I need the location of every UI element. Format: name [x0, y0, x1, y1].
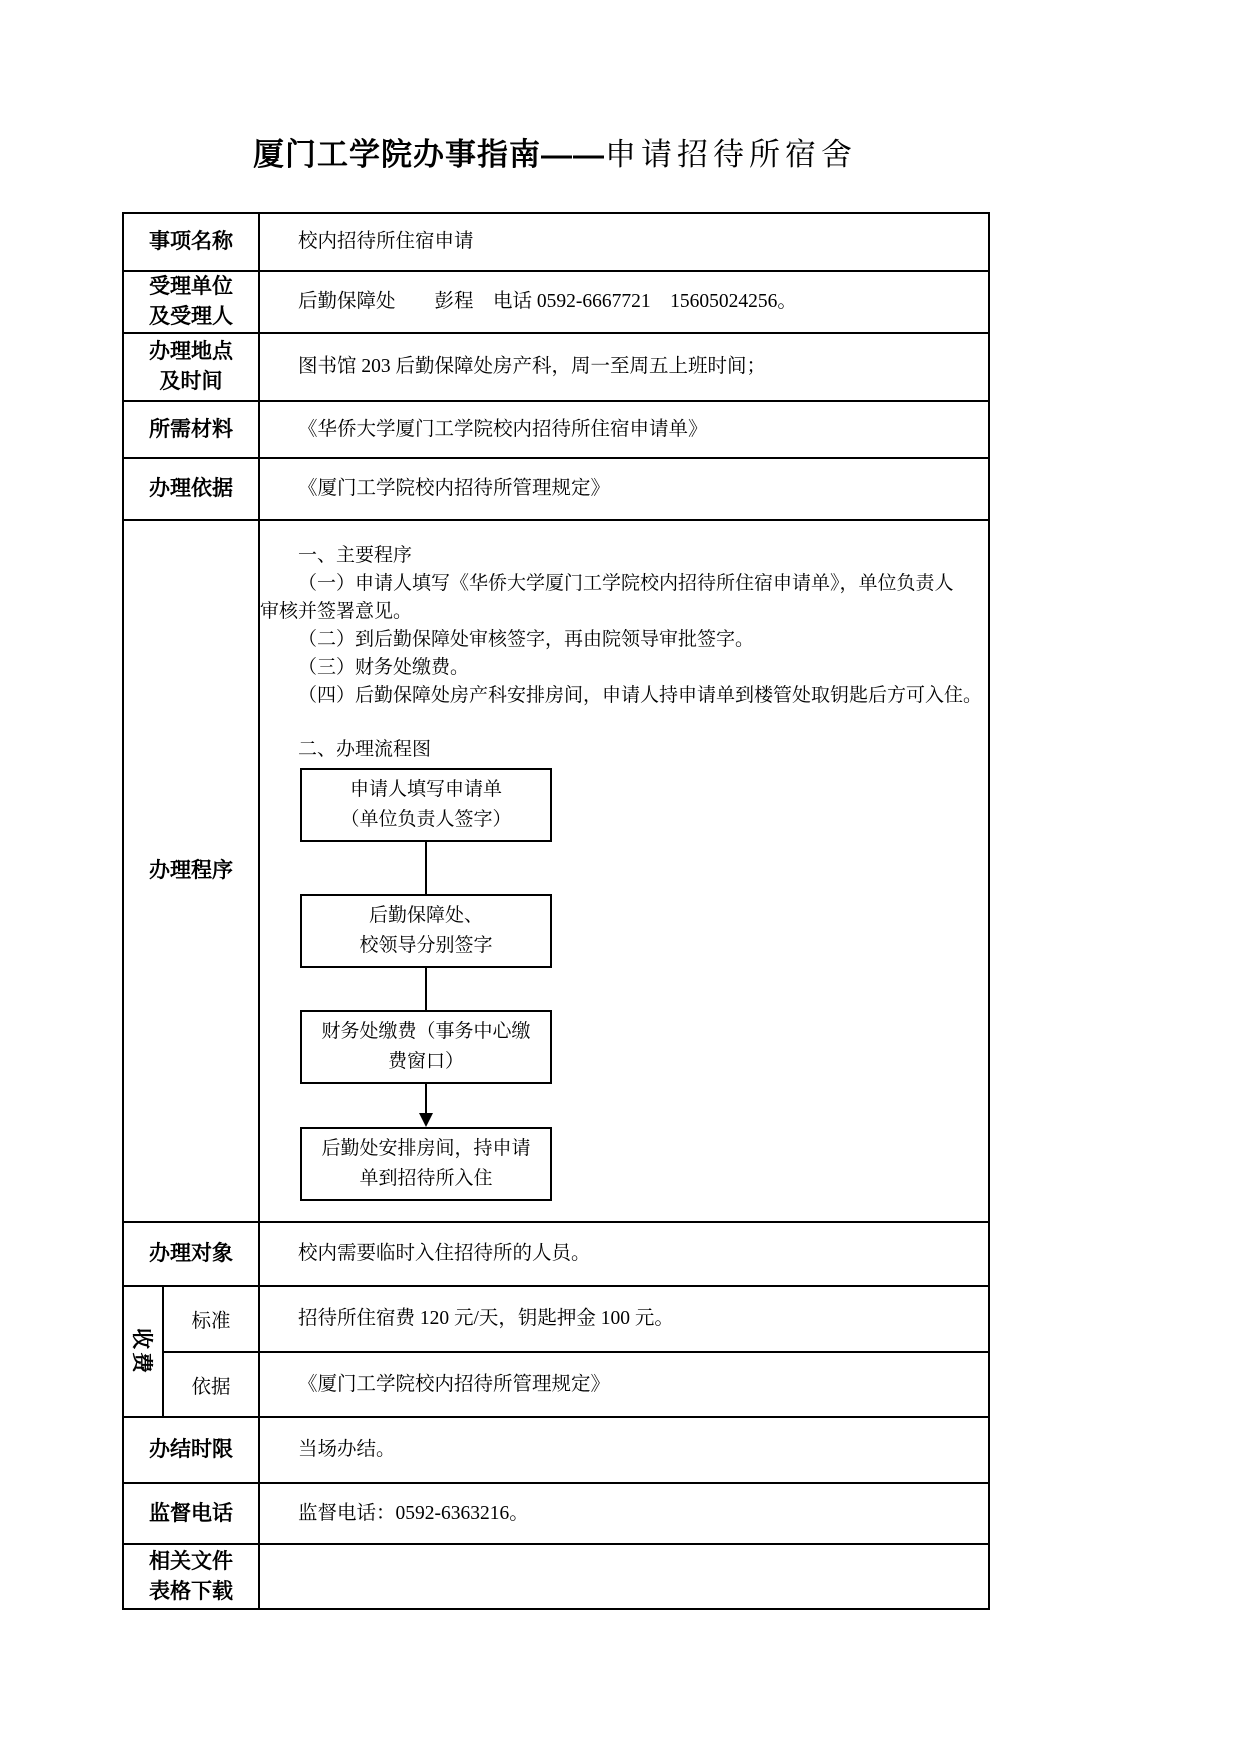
row-label-download: 相关文件 表格下载 — [123, 1544, 259, 1609]
row-label-accepting-unit: 受理单位 及受理人 — [123, 271, 259, 333]
table-row: 受理单位 及受理人 后勤保障处 彭程 电话 0592-6667721 15605… — [123, 271, 989, 333]
flow-step-3: 财务处缴费（事务中心缴 费窗口） — [300, 1010, 552, 1084]
flow-arrow-down-icon — [419, 1113, 433, 1127]
accepting-unit-label-line1: 受理单位 — [124, 272, 258, 302]
procedure-step-3: （三）财务处缴费。 — [260, 654, 972, 682]
row-value-location-time: 图书馆 203 后勤保障处房产科，周一至周五上班时间； — [259, 333, 989, 401]
row-label-procedure: 办理程序 — [123, 520, 259, 1222]
supervision-text: 监督电话：0592-6363216。 — [260, 1500, 988, 1528]
procedure-step-4: （四）后勤保障处房产科安排房间，申请人持申请单到楼管处取钥匙后方可入住。 — [260, 682, 972, 710]
row-value-download — [259, 1544, 989, 1609]
flow-step-2-line1: 后勤保障处、 — [302, 901, 550, 931]
procedure-step-1: （一）申请人填写《华侨大学厦门工学院校内招待所住宿申请单》，单位负责人审核并签署… — [260, 570, 972, 626]
row-label-materials: 所需材料 — [123, 401, 259, 458]
flow-step-2: 后勤保障处、 校领导分别签字 — [300, 894, 552, 968]
flow-step-4-line1: 后勤处安排房间，持申请 — [302, 1134, 550, 1164]
fee-standard-text: 招待所住宿费 120 元/天，钥匙押金 100 元。 — [260, 1305, 988, 1333]
flow-connector-2 — [425, 968, 427, 1010]
location-label-line2: 及时间 — [124, 367, 258, 397]
row-label-item-name: 事项名称 — [123, 213, 259, 271]
row-value-materials: 《华侨大学厦门工学院校内招待所住宿申请单》 — [259, 401, 989, 458]
location-text: 图书馆 203 后勤保障处房产科，周一至周五上班时间； — [260, 353, 988, 381]
document-page: 厦门工学院办事指南——申请招待所宿舍 事项名称 校内招待所住宿申请 受理单位 及… — [0, 0, 1240, 1754]
row-value-accepting-unit: 后勤保障处 彭程 电话 0592-6667721 15605024256。 — [259, 271, 989, 333]
table-row: 依据 《厦门工学院校内招待所管理规定》 — [123, 1352, 989, 1417]
flowchart: 申请人填写申请单 （单位负责人签字） 后勤保障处、 校领导分别签字 财务处缴费（… — [300, 768, 552, 1201]
table-row: 办理程序 一、主要程序 （一）申请人填写《华侨大学厦门工学院校内招待所住宿申请单… — [123, 520, 989, 1222]
table-row: 监督电话 监督电话：0592-6363216。 — [123, 1483, 989, 1544]
table-row: 所需材料 《华侨大学厦门工学院校内招待所住宿申请单》 — [123, 401, 989, 458]
flow-step-1-line1: 申请人填写申请单 — [302, 775, 550, 805]
row-label-target: 办理对象 — [123, 1222, 259, 1286]
table-row: 办理地点 及时间 图书馆 203 后勤保障处房产科，周一至周五上班时间； — [123, 333, 989, 401]
fee-label-text: 收费 — [128, 1328, 158, 1376]
table-row: 收费 标准 招待所住宿费 120 元/天，钥匙押金 100 元。 — [123, 1286, 989, 1352]
download-label-line2: 表格下载 — [124, 1577, 258, 1607]
service-guide-table: 事项名称 校内招待所住宿申请 受理单位 及受理人 后勤保障处 彭程 电话 059… — [122, 212, 990, 1610]
flow-step-3-line2: 费窗口） — [302, 1047, 550, 1077]
table-row: 相关文件 表格下载 — [123, 1544, 989, 1609]
item-name-text: 校内招待所住宿申请 — [260, 228, 988, 256]
row-value-target: 校内需要临时入住招待所的人员。 — [259, 1222, 989, 1286]
row-label-fee: 收费 — [123, 1286, 163, 1417]
row-label-location-time: 办理地点 及时间 — [123, 333, 259, 401]
basis-text: 《厦门工学院校内招待所管理规定》 — [260, 475, 988, 503]
fee-basis-text: 《厦门工学院校内招待所管理规定》 — [260, 1371, 988, 1399]
deadline-text: 当场办结。 — [260, 1436, 988, 1464]
row-label-deadline: 办结时限 — [123, 1417, 259, 1483]
download-label-line1: 相关文件 — [124, 1547, 258, 1577]
flow-step-1-line2: （单位负责人签字） — [302, 805, 550, 835]
row-value-basis: 《厦门工学院校内招待所管理规定》 — [259, 458, 989, 520]
flow-step-2-line2: 校领导分别签字 — [302, 931, 550, 961]
row-label-basis: 办理依据 — [123, 458, 259, 520]
location-label-line1: 办理地点 — [124, 337, 258, 367]
target-text: 校内需要临时入住招待所的人员。 — [260, 1240, 988, 1268]
flow-connector-1 — [425, 842, 427, 894]
table-row: 办理依据 《厦门工学院校内招待所管理规定》 — [123, 458, 989, 520]
row-value-fee-basis: 《厦门工学院校内招待所管理规定》 — [259, 1352, 989, 1417]
row-value-item-name: 校内招待所住宿申请 — [259, 213, 989, 271]
procedure-step-2: （二）到后勤保障处审核签字，再由院领导审批签字。 — [260, 626, 972, 654]
row-label-fee-basis: 依据 — [163, 1352, 259, 1417]
table-row: 办理对象 校内需要临时入住招待所的人员。 — [123, 1222, 989, 1286]
flow-step-4: 后勤处安排房间，持申请 单到招待所入住 — [300, 1127, 552, 1201]
row-value-fee-standard: 招待所住宿费 120 元/天，钥匙押金 100 元。 — [259, 1286, 989, 1352]
accepting-unit-text: 后勤保障处 彭程 电话 0592-6667721 15605024256。 — [260, 288, 988, 316]
procedure-section1-title: 一、主要程序 — [260, 542, 972, 570]
flow-step-1: 申请人填写申请单 （单位负责人签字） — [300, 768, 552, 842]
flow-connector-3 — [425, 1084, 427, 1113]
page-title: 厦门工学院办事指南——申请招待所宿舍 — [122, 134, 988, 176]
page-title-sub: 申请招待所宿舍 — [605, 137, 857, 172]
row-value-supervision: 监督电话：0592-6363216。 — [259, 1483, 989, 1544]
row-value-procedure: 一、主要程序 （一）申请人填写《华侨大学厦门工学院校内招待所住宿申请单》，单位负… — [259, 520, 989, 1222]
table-row: 办结时限 当场办结。 — [123, 1417, 989, 1483]
page-title-main: 厦门工学院办事指南—— — [253, 137, 605, 172]
table-row: 事项名称 校内招待所住宿申请 — [123, 213, 989, 271]
row-value-deadline: 当场办结。 — [259, 1417, 989, 1483]
flow-step-3-line1: 财务处缴费（事务中心缴 — [302, 1017, 550, 1047]
accepting-unit-label-line2: 及受理人 — [124, 302, 258, 332]
row-label-fee-standard: 标准 — [163, 1286, 259, 1352]
flow-step-4-line2: 单到招待所入住 — [302, 1164, 550, 1194]
procedure-section2-title: 二、办理流程图 — [260, 736, 972, 764]
row-label-supervision: 监督电话 — [123, 1483, 259, 1544]
materials-text: 《华侨大学厦门工学院校内招待所住宿申请单》 — [260, 416, 988, 444]
